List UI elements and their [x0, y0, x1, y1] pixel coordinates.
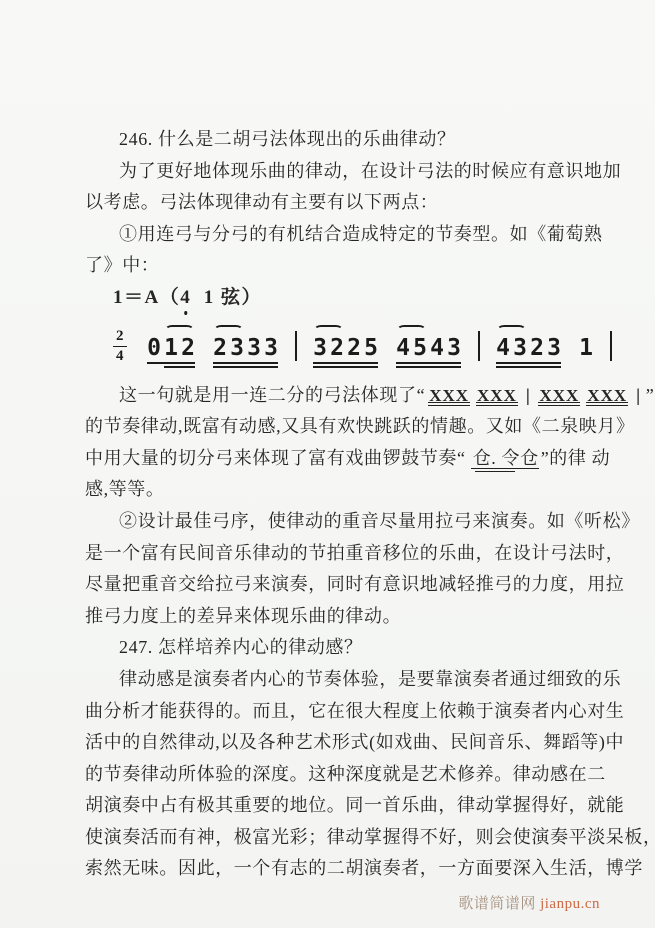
list-item-1-line: 了》中：: [85, 250, 655, 282]
note-digit: 3: [546, 337, 563, 360]
rhythm-pattern-group: XXX: [476, 386, 518, 405]
list-item-1-line: ①用连弓与分弓的有机结合造成特定的节奏型。如《葡萄熟: [85, 219, 655, 251]
rhythm-pattern-group: XXX: [538, 386, 580, 405]
note-group: 2333: [212, 324, 280, 369]
low-octave-note: 4: [180, 282, 191, 314]
rhythm-pattern-group: XXX: [586, 386, 628, 405]
slur-arc: [165, 325, 194, 334]
note-digit: 5: [363, 337, 380, 360]
note-digit: 0: [146, 337, 163, 360]
note-digit: 2: [529, 337, 546, 360]
key-signature-post: 1 弦）: [191, 287, 262, 308]
paragraph-line: 的节奏律动,既富有动感,又具有欢快跳跃的情趣。又如《二泉映月》: [85, 411, 655, 443]
rhythm-pattern-group: XXX: [428, 386, 470, 405]
slur-arc: [314, 325, 343, 334]
slur-arc: [214, 325, 243, 334]
barline: [610, 331, 612, 361]
note-group: 3225: [312, 324, 380, 369]
rhythm-sentence-pre: 这一句就是用一连二分的弓法体现了“: [119, 385, 425, 405]
note-digit: 2: [180, 337, 197, 360]
beam-line: [147, 362, 195, 364]
paragraph-line-rhythm: 这一句就是用一连二分的弓法体现了“XXXXXX|XXXXXX|”: [85, 380, 655, 412]
beam-line: [213, 362, 278, 364]
beam-line: [164, 366, 195, 368]
paragraph-line: 以考虑。弓法体现律动有主要有以下两点：: [85, 187, 655, 219]
list-item-2-line: 是一个富有民间音乐律动的节拍重音移位的乐曲，在设计弓法时，: [85, 538, 655, 570]
beam-line: [496, 366, 561, 368]
time-signature: 24: [113, 328, 127, 366]
paragraph-line: 胡演奏中占有极其重要的地位。同一首乐曲，律动掌握得好，就能: [85, 790, 655, 822]
rhythm-barline-glyph: |: [631, 385, 646, 405]
watermark-footer: 歌谱简谱网 jianpu.cn: [458, 892, 600, 913]
time-signature-denominator: 4: [116, 347, 124, 365]
key-signature-pre: 1＝A（: [113, 287, 180, 308]
note-digit: 1: [163, 337, 180, 360]
note-group: 4543: [395, 324, 463, 369]
beam-line: [213, 366, 278, 368]
paragraph-line: 活中的自然律动,以及各种艺术形式(如戏曲、民间音乐、舞蹈等)中: [85, 727, 655, 759]
beam-line: [313, 362, 378, 364]
beam-line: [396, 366, 461, 368]
note-digit: 2: [346, 337, 363, 360]
paragraph-line: 感,等等。: [85, 474, 655, 506]
watermark-site-name: 歌谱简谱网: [458, 896, 536, 912]
note-digit: 3: [512, 337, 529, 360]
rhythm-sentence-post: ”: [646, 385, 655, 405]
note-digit: 3: [446, 337, 463, 360]
book-page: 246. 什么是二胡弓法体现出的乐曲律动？ 为了更好地体现乐曲的律动，在设计弓法…: [0, 0, 655, 928]
beam-line: [396, 362, 461, 364]
note-digit: 3: [312, 337, 329, 360]
paragraph-line-luogu: 中用大量的切分弓来体现了富有戏曲锣鼓节奏“ 仓. 令仓”的律 动: [85, 443, 655, 475]
note-digit: 2: [212, 337, 229, 360]
list-item-2-line: 尽量把重音交给拉弓来演奏，同时有意识地减轻推弓的力度，用拉: [85, 569, 655, 601]
note-digit: 1: [578, 337, 595, 360]
barline: [478, 331, 480, 361]
paragraph-line: 使演奏活而有神，极富光彩；律动掌握得不好，则会使演奏平淡呆板，: [85, 822, 655, 854]
paragraph-line: 为了更好地体现乐曲的律动，在设计弓法的时候应有意识地加: [85, 156, 655, 188]
note-digit: 5: [412, 337, 429, 360]
luogu-sentence-pre: 中用大量的切分弓来体现了富有戏曲锣鼓节奏“: [85, 448, 471, 468]
watermark-site-url: jianpu.cn: [536, 896, 600, 912]
note-digit: 4: [429, 337, 446, 360]
time-signature-numerator: 2: [113, 328, 127, 347]
note-digit: 3: [246, 337, 263, 360]
barline: [295, 331, 297, 361]
rhythm-barline-glyph: |: [521, 385, 536, 405]
note-digit: 3: [263, 337, 280, 360]
key-signature-line: 1＝A（4 1 弦）: [85, 282, 655, 314]
question-247-heading: 247. 怎样培养内心的律动感？: [85, 632, 655, 664]
beam-line: [313, 366, 378, 368]
paragraph-line: 的节奏律动所体验的深度。这种深度就是艺术修养。律动感在二: [85, 759, 655, 791]
jianpu-line: 24 01223333225454343231: [113, 320, 655, 374]
list-item-2-line: 推弓力度上的差异来体现乐曲的律动。: [85, 601, 655, 633]
paragraph-line: 曲分析才能获得的。而且，它在很大程度上依赖于演奏者内心对生: [85, 696, 655, 728]
question-246-heading: 246. 什么是二胡弓法体现出的乐曲律动？: [85, 124, 655, 156]
slur-arc: [397, 325, 426, 334]
beam-line: [496, 362, 561, 364]
note-group: 4323: [495, 324, 563, 369]
luogu-sentence-post: ”的律 动: [541, 448, 611, 468]
paragraph-line: 索然无味。因此，一个有志的二胡演奏者，一方面要深入生活，博学: [85, 853, 655, 885]
note-group: 012: [146, 324, 197, 369]
note-digit: 4: [395, 337, 412, 360]
luogu-syllables: 仓. 令仓: [471, 448, 541, 468]
list-item-2-line: ②设计最佳弓序，使律动的重音尽量用拉弓来演奏。如《听松》: [85, 506, 655, 538]
note-digit: 3: [229, 337, 246, 360]
note-digit: 4: [495, 337, 512, 360]
slur-arc: [497, 325, 526, 334]
paragraph-line: 律动感是演奏者内心的节奏体验，是要靠演奏者通过细致的乐: [85, 664, 655, 696]
note-digit: 2: [329, 337, 346, 360]
note-group: 1: [578, 324, 595, 369]
